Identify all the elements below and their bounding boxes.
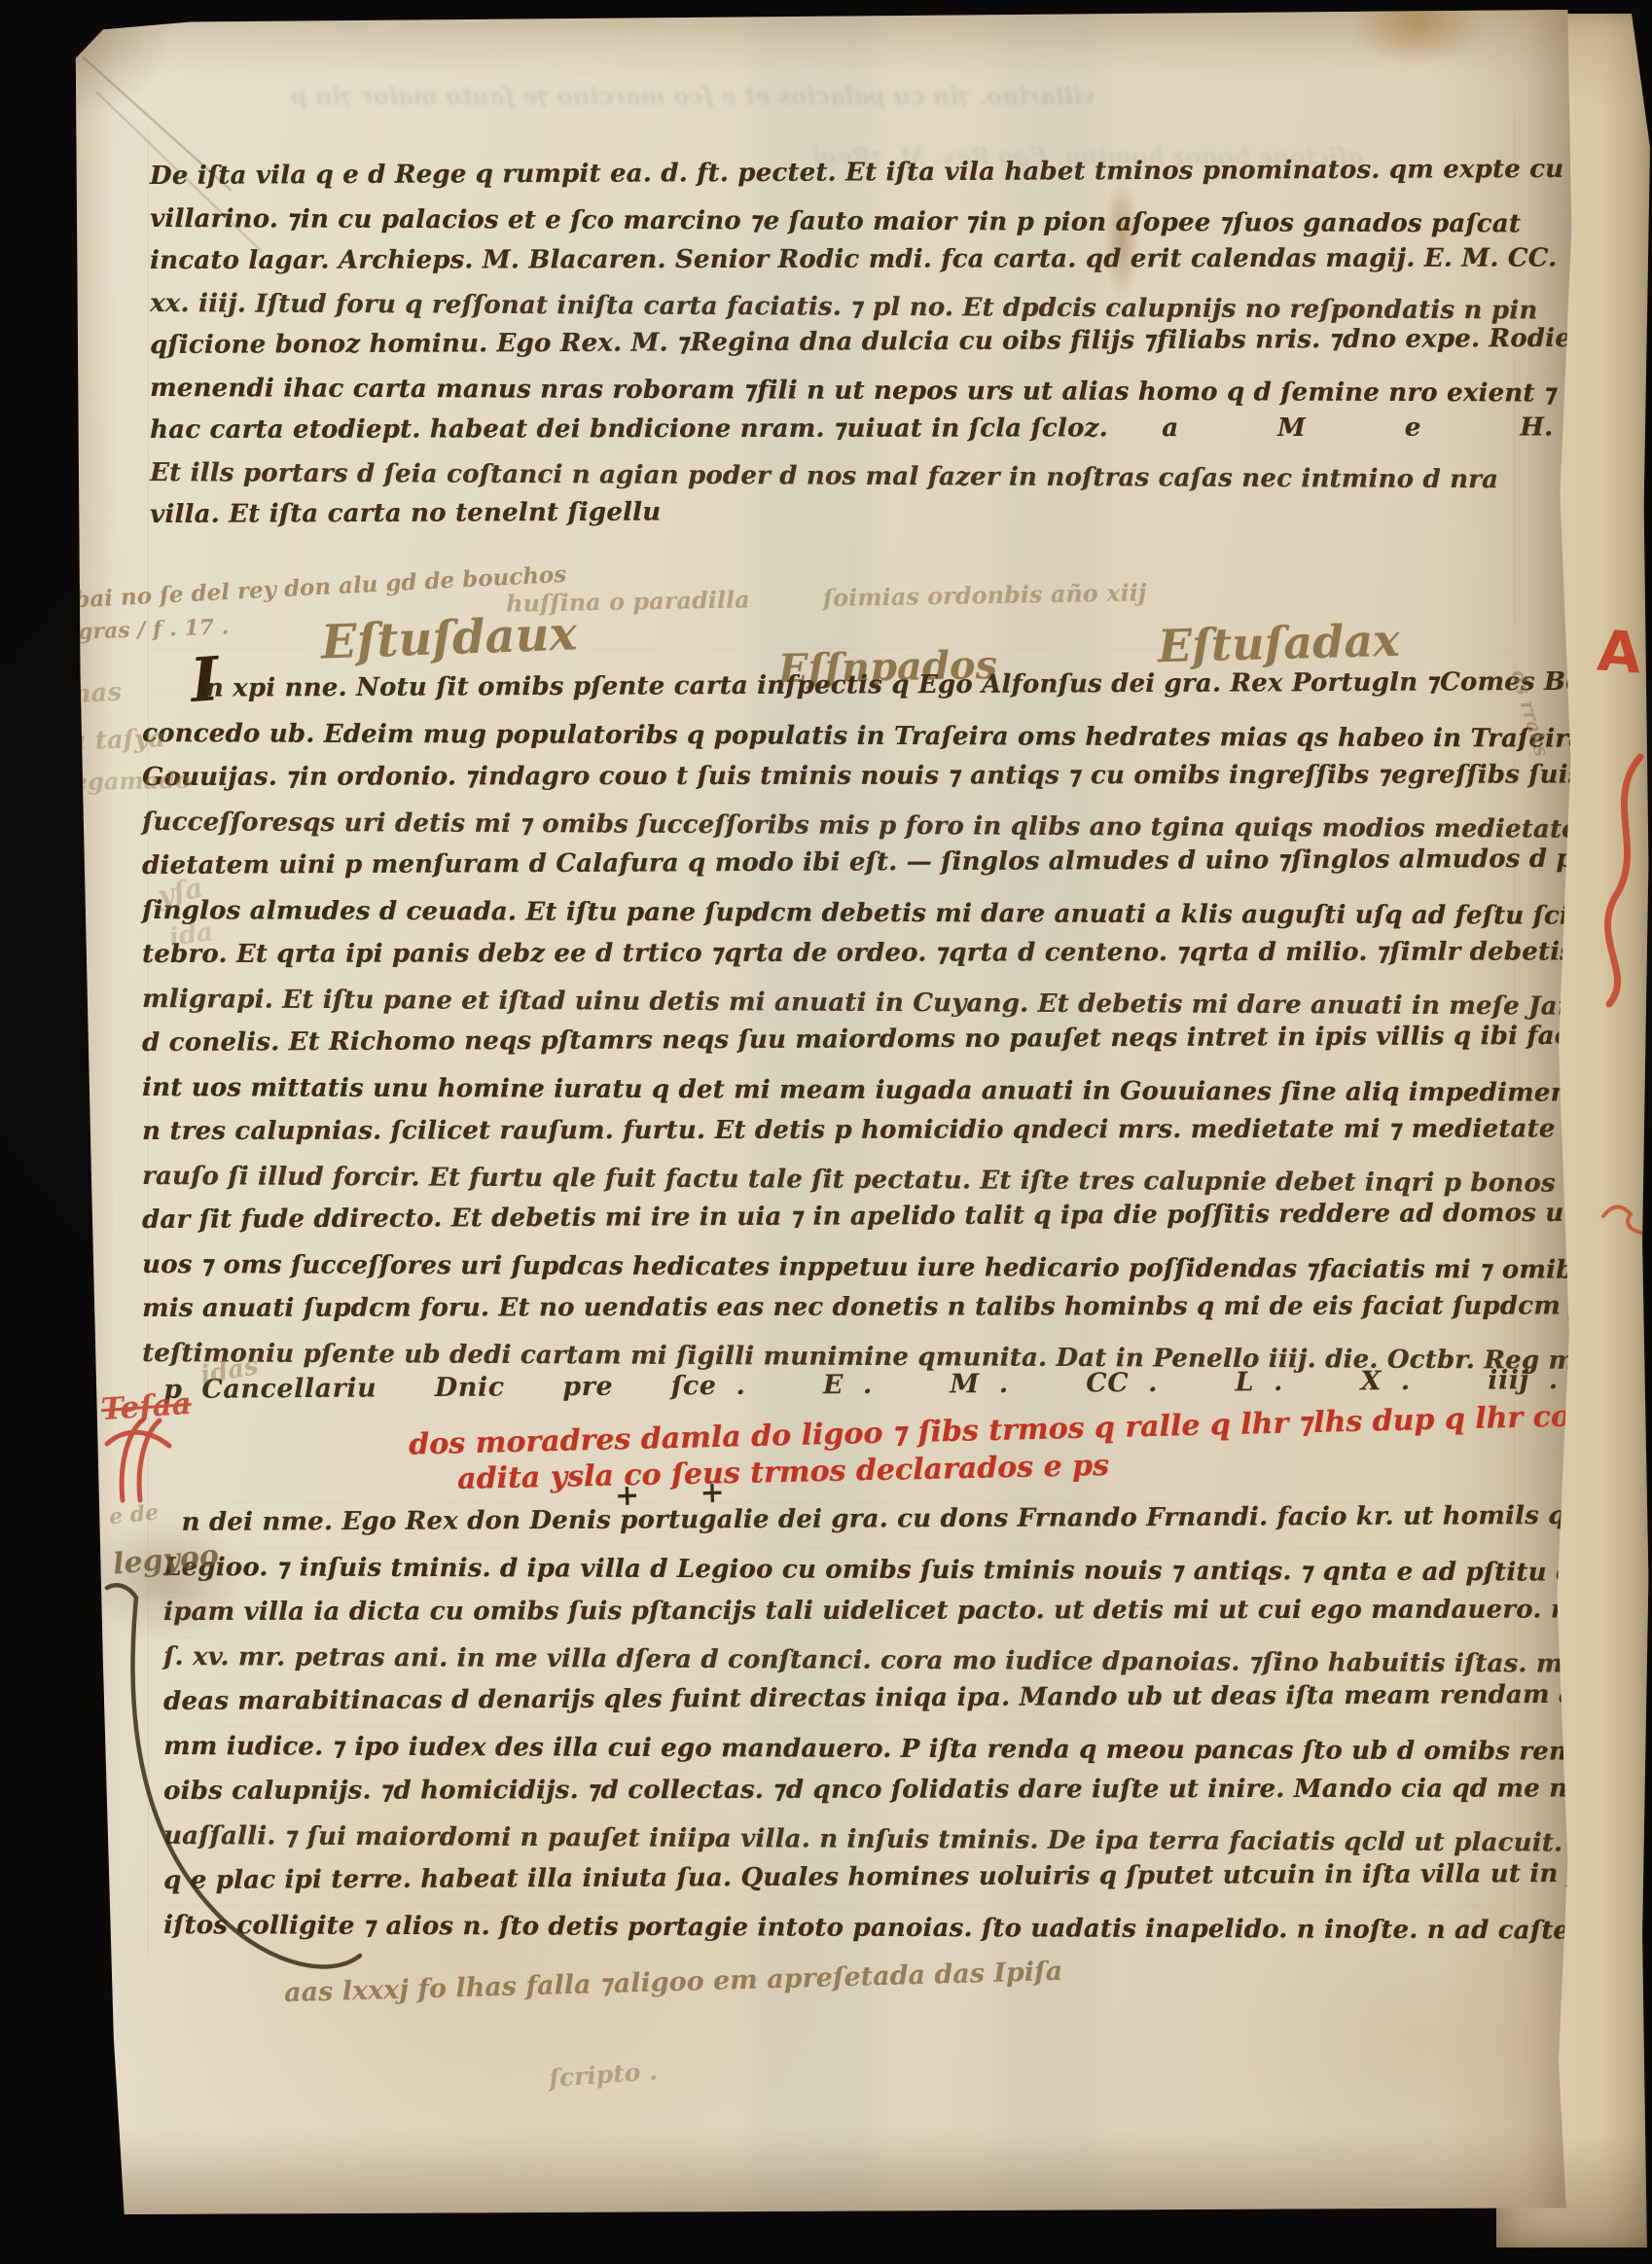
manuscript-line: villa. Et iſta carta no tenelnt ſigellu [150, 487, 1571, 537]
manuscript-line: Gouuijas. ⁊in ordonio. ⁊indagro couo t ſ… [142, 753, 1652, 801]
margin-note: e de [108, 1499, 160, 1529]
red-crossed-out-word: Teſaa [100, 1386, 193, 1427]
manuscript-line: iſtos colligite ⁊ alios n. ſto detis por… [163, 1903, 1652, 1955]
manuscript-line: dietatem uini p menſuram d Calafura q mo… [142, 837, 1652, 889]
faded-heading-word: Eſtuſdaux [320, 606, 578, 669]
bracket-flourish [76, 1584, 377, 2022]
margin-scribble: ida [167, 917, 215, 952]
manuscript-line: qſicione bonoz hominu. Ego Rex. M. ⁊Regi… [150, 318, 1571, 368]
charter-2-text-block: n xpi nne. Notu ſit omibs pſente carta i… [142, 667, 1652, 1376]
ink-smudge [82, 1516, 247, 1642]
faded-interlinear-note: huſſina o paradilla ſoimias ordonbis año… [506, 578, 1147, 617]
manuscript-line: tebro. Et qrta ipi panis debz ee d trtic… [142, 930, 1652, 978]
red-pen-squiggle [1599, 1197, 1650, 1240]
manuscript-line: d conelis. Et Richomo neqs pſtamrs neqs … [142, 1014, 1652, 1066]
parchment-page: villarino. ⁊in cu palacios et e ſco marc… [54, 10, 1572, 2214]
charter-3-text-block: n dei nme. Ego Rex don Denis portugalie … [163, 1500, 1652, 1948]
manuscript-line: q e plac ipi terre. habeat illa iniuta ſ… [163, 1850, 1652, 1903]
manuscript-line: n xpi nne. Notu ſit omibs pſente carta i… [142, 660, 1652, 712]
manuscript-line: n tres calupnias. ſcilicet rauſum. furtu… [142, 1107, 1652, 1155]
archival-note: aas lxxxj fo lhas falla ⁊aligoo em apreſ… [284, 1957, 1063, 2008]
manuscript-line: incato lagar. Archieps. M. Blacaren. Sen… [150, 237, 1571, 282]
manuscript-line: deas marabitinacas d denarijs qles fuint… [163, 1671, 1652, 1724]
manuscript-line: oibs calupnijs. ⁊d homicidijs. ⁊d collec… [163, 1766, 1652, 1814]
margin-scribble: pegamado [56, 766, 192, 796]
margin-note: gras / f . 17 . [78, 614, 230, 644]
archival-note: ſcripto . [548, 2057, 659, 2093]
manuscript-line: n dei nme. Ego Rex don Denis portugalie … [163, 1491, 1652, 1545]
manuscript-line: De iſta vila q e d Rege q rumpit ea. d. … [150, 149, 1571, 198]
manuscript-line: ipam villa ia dicta cu omibs ſuis pſtanc… [163, 1587, 1652, 1635]
margin-scribble: mas [63, 677, 122, 709]
next-page-red-initial: A [1596, 618, 1644, 687]
manuscript-line: dar ſit fude ddirecto. Et debetis mi ire… [142, 1191, 1652, 1243]
verso-bleed-through: villarino. ⁊in cu palacios et e ſco marc… [288, 82, 1095, 110]
margin-scribble: la taſya [60, 724, 166, 757]
manuscript-line: mis anuati ſupdcm foru. Et no uendatis e… [142, 1284, 1652, 1332]
red-flourish-mark [1590, 749, 1652, 1012]
manuscript-line: hac carta etodiept. habeat dei bndicione… [150, 407, 1571, 451]
charter-1-text-block: De iſta vila q e d Rege q rumpit ea. d. … [150, 156, 1571, 537]
manuscript-photo: A villarino. ⁊in cu palacios et e ſco ma… [0, 0, 1652, 2264]
